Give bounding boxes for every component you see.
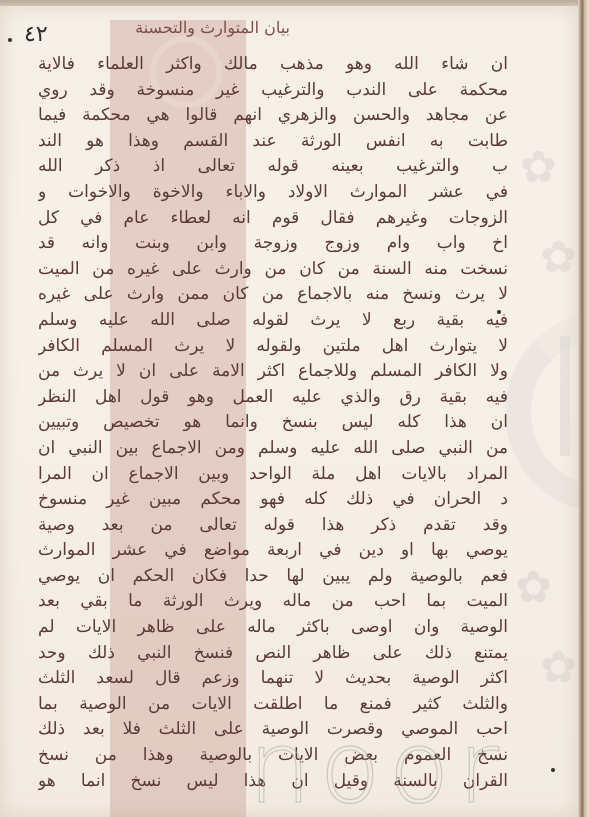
text-line: وقد تقدم ذكر هذا قوله تعالى من بعد وصية — [38, 513, 508, 539]
text-line: اخ واب وام وزوج وزوجة وابن وبنت وانه قد — [38, 231, 508, 257]
page-header: بيان المتوارث والتحسنة — [100, 18, 290, 37]
text-line: في عشر الموارث الاولاد والاباء والاخوة و… — [38, 180, 508, 206]
noor-watermark: noor — [248, 718, 507, 817]
text-line: ب والترغيب بعينه قوله تعالى اذ ذكر الله — [38, 154, 508, 180]
text-line: يمتنع ذلك على ظاهر النص فنسخ النبي ذلك و… — [38, 641, 508, 667]
text-line: فعم بالوصية ولم يبين لها حدا فكان الحكم … — [38, 564, 508, 590]
text-line: ولا الكافر المسلم وللاجماع اكثر الامة عل… — [38, 359, 508, 385]
minaret-watermark-icon — [560, 336, 570, 456]
floral-watermark-icon: ✿ — [515, 566, 552, 610]
crescent-watermark-icon — [505, 311, 589, 513]
text-line: من النبي صلى الله عليه وسلم ومن الاجماع … — [38, 436, 508, 462]
text-line: عن مجاهد والحسن والزهري انهم قالوا هي مح… — [38, 103, 508, 129]
text-line: نسخت منه السنة من كان من وارث على غيره م… — [38, 257, 508, 283]
text-line: ان شاء الله وهو مذهب مالك واكثر العلماء … — [38, 52, 508, 78]
text-line: يوصي بها او دين في اربعة مواضع في عشر ال… — [38, 538, 508, 564]
manuscript-text: ان شاء الله وهو مذهب مالك واكثر العلماء … — [38, 52, 508, 794]
floral-watermark-icon: ✿ — [540, 646, 577, 690]
manuscript-page: ✿ ✿ ✿ ✿ ٤٢ بيان المتوارث والتحسنة ان شاء… — [0, 6, 578, 817]
floral-watermark-icon: ✿ — [520, 146, 557, 190]
text-line: الزوجات وغيرهم فقال قوم انه لعطاء عام في… — [38, 206, 508, 232]
text-line: لا يرث ونسخ منه بالاجماع من كان ممن وارث… — [38, 282, 508, 308]
text-line: الميت بما احب من ماله ويرث الورثة ما بقي… — [38, 589, 508, 615]
text-line: فيه بقية رق والذي عليه العمل وهو قول اهل… — [38, 385, 508, 411]
floral-watermark-icon: ✿ — [540, 236, 577, 280]
ink-dot — [8, 38, 12, 42]
text-line: محكمة على الندب والترغيب غير منسوخة وقد … — [38, 78, 508, 104]
text-line: د الحران في ذلك كله فهو محكم مبين غير من… — [38, 487, 508, 513]
text-line: فيه بقية ربع لا يرث لقوله صلى الله عليه … — [38, 308, 508, 334]
text-line: المراد بالايات اهل ملة الواحد وبين الاجم… — [38, 462, 508, 488]
page-right-edge — [578, 0, 589, 817]
ink-dot — [551, 768, 555, 772]
text-line: الوصية وان اوصى باكثر ماله على ظاهر الاي… — [38, 615, 508, 641]
text-line: لا يتوارث اهل ملتين ولقوله لا يرث المسلم… — [38, 334, 508, 360]
text-line: طابت به انفس الورثة عند القسم وهذا هو ال… — [38, 129, 508, 155]
text-line: ان هذا كله ليس بنسخ وانما هو تخصيص وتبيي… — [38, 410, 508, 436]
page-number: ٤٢ — [24, 22, 48, 47]
text-line: اكثر الوصية بحديث لا تنهما وزعم قال لسعد… — [38, 666, 508, 692]
